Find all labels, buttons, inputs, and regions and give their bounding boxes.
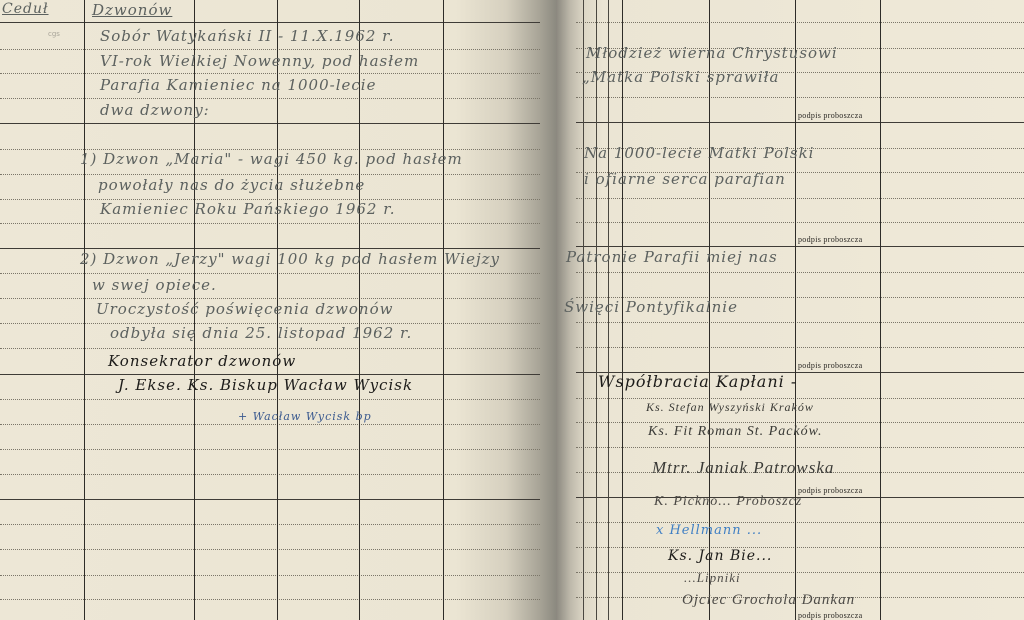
ink-stamp: cgs <box>48 30 60 38</box>
ruled-line <box>576 398 1024 399</box>
ruled-line <box>0 474 540 475</box>
entry-line: Sobór Watykański II - 11.X.1962 r. <box>100 27 394 45</box>
column-rule <box>880 0 881 620</box>
ruled-line <box>576 422 1024 423</box>
ruled-line <box>0 174 540 175</box>
entry-line: Na 1000-lecie Matki Polski <box>584 144 814 162</box>
priest-signature: Ojciec Grochola Dankan <box>682 592 855 609</box>
ruled-line <box>576 522 1024 523</box>
entry-line: Parafia Kamieniec na 1000-lecie <box>100 76 376 94</box>
signature-label: podpis proboszcza <box>798 611 862 620</box>
signature-label: podpis proboszcza <box>798 486 862 495</box>
ruled-line <box>0 374 540 375</box>
signature-label: podpis proboszcza <box>798 361 862 370</box>
ruled-line <box>0 399 540 400</box>
entry-line: Konsekrator dzwonów <box>108 352 296 370</box>
ruled-line <box>0 499 540 500</box>
ruled-line <box>0 248 540 249</box>
ruled-line <box>0 223 540 224</box>
ruled-line <box>576 246 1024 247</box>
entry-line: dwa dzwony: <box>100 101 210 119</box>
ruled-line <box>576 547 1024 548</box>
priest-signature: ...Lipniki <box>684 570 741 586</box>
priest-signature: Mtrr. Janiak Patrowska <box>652 458 834 478</box>
ruled-line <box>0 599 540 600</box>
ruled-line <box>0 98 540 99</box>
ruled-line <box>0 273 540 274</box>
ruled-line <box>576 572 1024 573</box>
ruled-line <box>576 347 1024 348</box>
ruled-line <box>0 49 540 50</box>
bishop-signature: + Wacław Wycisk bp <box>238 410 372 423</box>
right-page: podpis proboszcza podpis proboszcza podp… <box>556 0 1024 620</box>
priest-signature: K. Pickno... Proboszcz <box>654 494 802 510</box>
ruled-line <box>576 322 1024 323</box>
ruled-line <box>576 122 1024 123</box>
ruled-line <box>0 73 540 74</box>
entry-line: 2) Dzwon „Jerzy" wagi 100 kg pod hasłem … <box>80 250 500 268</box>
ruled-line <box>0 449 540 450</box>
ruled-line <box>0 424 540 425</box>
ruled-line <box>0 575 540 576</box>
entry-line: powołały nas do życia służebne <box>98 176 365 194</box>
ruled-line <box>576 198 1024 199</box>
entry-line: Uroczystość poświęcenia dzwonów <box>96 300 393 318</box>
entry-line: odbyła się dnia 25. listopad 1962 r. <box>110 324 412 342</box>
priest-signature: Ks. Stefan Wyszyński Kraków <box>646 400 814 415</box>
ruled-line <box>0 22 540 23</box>
signature-label: podpis proboszcza <box>798 111 862 120</box>
ruled-line <box>0 123 540 124</box>
entry-line: „Matka Polski sprawiła <box>582 68 779 86</box>
entry-line: w swej opiece. <box>92 276 217 294</box>
ruled-line <box>576 97 1024 98</box>
priest-signature: Ks. Fit Roman St. Packów. <box>648 424 822 440</box>
entry-line: J. Ekse. Ks. Biskup Wacław Wycisk <box>118 376 413 394</box>
priest-signature: Ks. Jan Bie... <box>668 548 772 564</box>
ruled-line <box>576 22 1024 23</box>
ruled-line <box>0 348 540 349</box>
entry-line: Młodzież wierna Chrystusowi <box>586 44 838 62</box>
entry-line: Patronie Parafii miej nas <box>566 248 778 266</box>
column-rule <box>84 0 85 620</box>
signature-label: podpis proboszcza <box>798 235 862 244</box>
column-rule <box>443 0 444 620</box>
entry-line: Współbracia Kapłani - <box>598 372 797 391</box>
column-header-1: Ceduł <box>2 1 49 17</box>
left-page: Ceduł Dzwonów cgs Sobór Watykański II - … <box>0 0 556 620</box>
ruled-line <box>576 447 1024 448</box>
entry-line: 1) Dzwon „Maria" - wagi 450 kg. pod hasł… <box>80 150 463 168</box>
column-header-2: Dzwonów <box>92 1 172 19</box>
column-rule <box>795 0 796 620</box>
priest-signature-blue: x Hellmann ... <box>656 523 762 538</box>
entry-line: Święci Pontyfikalnie <box>564 298 738 316</box>
ruled-line <box>0 524 540 525</box>
ruled-line <box>576 222 1024 223</box>
ruled-line <box>0 549 540 550</box>
entry-line: VI-rok Wielkiej Nowenny, pod hasłem <box>100 52 419 70</box>
entry-line: i ofiarne serca parafian <box>584 170 786 188</box>
ruled-line <box>0 298 540 299</box>
ruled-line <box>576 272 1024 273</box>
entry-line: Kamieniec Roku Pańskiego 1962 r. <box>100 200 396 218</box>
